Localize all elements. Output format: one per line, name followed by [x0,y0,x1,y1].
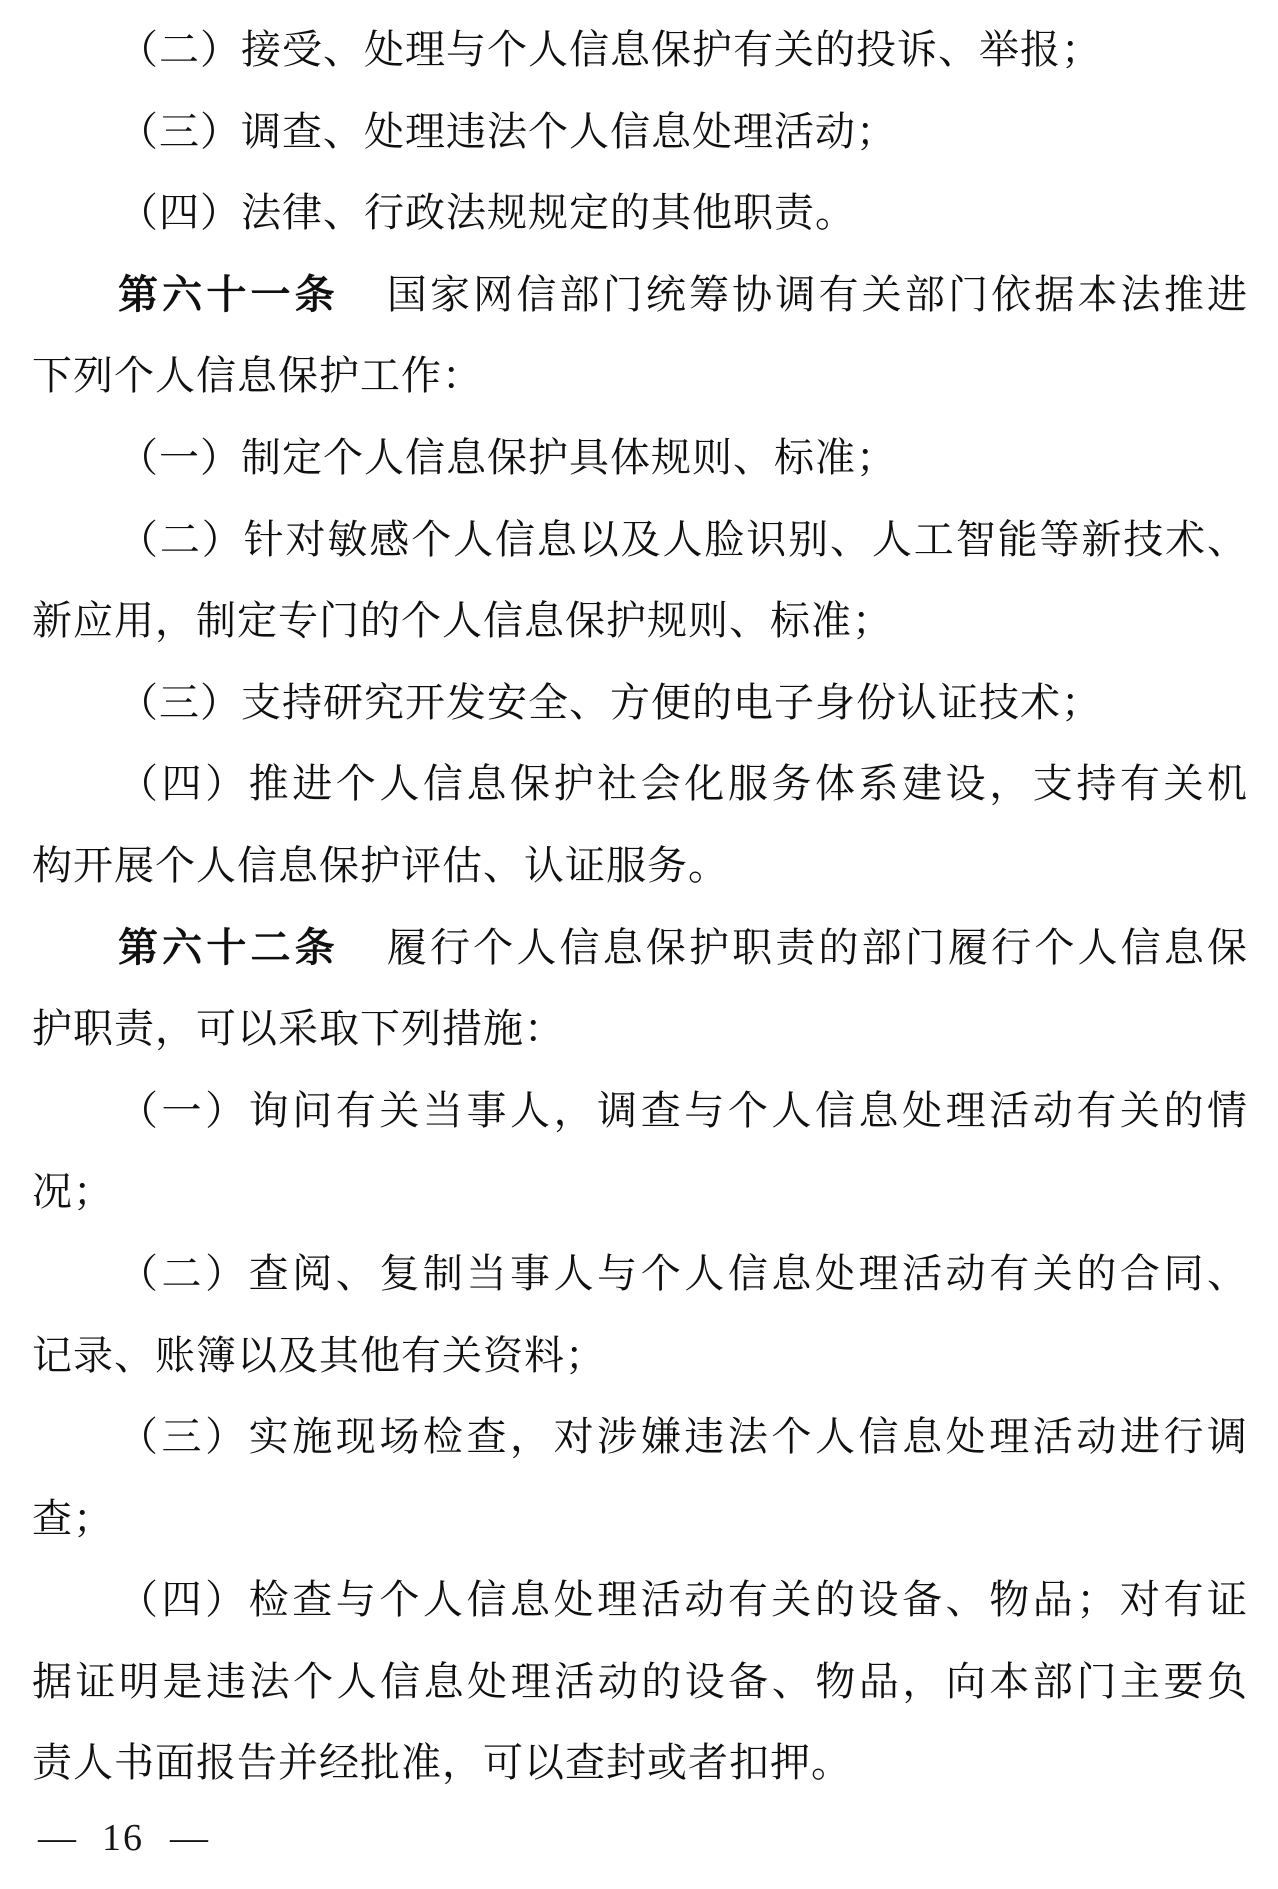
line-text: （一）询问有关当事人，调查与个人信息处理活动有关的情 [118,1088,1248,1133]
line-text: （三）调查、处理违法个人信息处理活动； [118,109,897,154]
footer-dash-right: — [170,1818,208,1858]
line-text: （二）查阅、复制当事人与个人信息处理活动有关的合同、 [118,1251,1248,1296]
line-text: 下列个人信息保护工作： [32,353,483,398]
line-text: 况； [32,1169,114,1214]
text-line: 构开展个人信息保护评估、认证服务。 [32,825,1248,907]
line-text: 履行个人信息保护职责的部门履行个人信息保 [387,925,1248,970]
line-text: 据证明是违法个人信息处理活动的设备、物品，向本部门主要负 [32,1659,1248,1704]
text-line: 记录、账簿以及其他有关资料； [32,1315,1248,1397]
document-page: （二）接受、处理与个人信息保护有关的投诉、举报； （三）调查、处理违法个人信息处… [0,0,1278,1889]
document-body: （二）接受、处理与个人信息保护有关的投诉、举报； （三）调查、处理违法个人信息处… [32,9,1248,1804]
line-text: 责人书面报告并经批准，可以查封或者扣押。 [32,1740,852,1785]
line-text: 护职责，可以采取下列措施： [32,1006,565,1051]
text-line: （四）检查与个人信息处理活动有关的设备、物品；对有证 [32,1559,1248,1641]
text-line: 下列个人信息保护工作： [32,335,1248,417]
text-line: 据证明是违法个人信息处理活动的设备、物品，向本部门主要负 [32,1641,1248,1723]
article-heading-line: 第六十一条国家网信部门统筹协调有关部门依据本法推进 [32,254,1248,336]
text-line: （四）法律、行政法规规定的其他职责。 [32,172,1248,254]
text-line: 况； [32,1151,1248,1233]
text-line: （一）制定个人信息保护具体规则、标准； [32,417,1248,499]
text-line: 查； [32,1478,1248,1560]
page-number: 16 [102,1818,144,1858]
line-text: （三）支持研究开发安全、方便的电子身份认证技术； [118,680,1102,725]
text-line: （三）实施现场检查，对涉嫌违法个人信息处理活动进行调 [32,1396,1248,1478]
line-text: （四）检查与个人信息处理活动有关的设备、物品；对有证 [118,1577,1248,1622]
line-text: （四）法律、行政法规规定的其他职责。 [118,190,856,235]
line-text: 国家网信部门统筹协调有关部门依据本法推进 [387,272,1248,317]
line-text: （二）针对敏感个人信息以及人脸识别、人工智能等新技术、 [118,517,1248,562]
article-number: 第六十一条 [118,272,339,317]
text-line: 责人书面报告并经批准，可以查封或者扣押。 [32,1722,1248,1804]
text-line: （二）针对敏感个人信息以及人脸识别、人工智能等新技术、 [32,499,1248,581]
line-text: （四）推进个人信息保护社会化服务体系建设，支持有关机 [118,761,1248,806]
line-text: （一）制定个人信息保护具体规则、标准； [118,435,897,480]
text-line: （一）询问有关当事人，调查与个人信息处理活动有关的情 [32,1070,1248,1152]
text-line: 新应用，制定专门的个人信息保护规则、标准； [32,580,1248,662]
article-heading-line: 第六十二条履行个人信息保护职责的部门履行个人信息保 [32,907,1248,989]
text-line: （三）支持研究开发安全、方便的电子身份认证技术； [32,662,1248,744]
line-text: 构开展个人信息保护评估、认证服务。 [32,843,729,888]
text-line: （三）调查、处理违法个人信息处理活动； [32,91,1248,173]
line-text: 新应用，制定专门的个人信息保护规则、标准； [32,598,893,643]
line-text: （二）接受、处理与个人信息保护有关的投诉、举报； [118,27,1102,72]
text-line: （四）推进个人信息保护社会化服务体系建设，支持有关机 [32,743,1248,825]
line-text: （三）实施现场检查，对涉嫌违法个人信息处理活动进行调 [118,1414,1248,1459]
text-line: 护职责，可以采取下列措施： [32,988,1248,1070]
footer-dash-left: — [38,1818,76,1858]
article-number: 第六十二条 [118,925,339,970]
text-line: （二）接受、处理与个人信息保护有关的投诉、举报； [32,9,1248,91]
line-text: 记录、账簿以及其他有关资料； [32,1333,606,1378]
text-line: （二）查阅、复制当事人与个人信息处理活动有关的合同、 [32,1233,1248,1315]
line-text: 查； [32,1496,114,1541]
page-footer: — 16 — [38,1818,208,1858]
